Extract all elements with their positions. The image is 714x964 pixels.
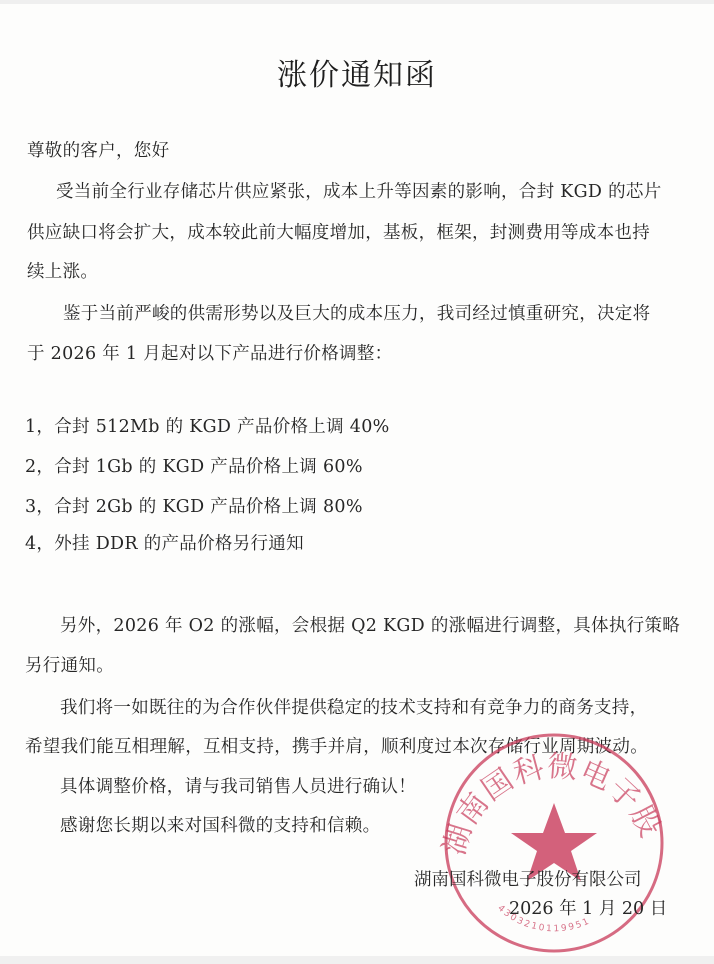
paragraph-3-line-1: 另外，2026 年 O2 的涨幅，会根据 Q2 KGD 的涨幅进行调整，具体执行… [60,612,680,637]
list-item: 3，合封 2Gb 的 KGD 产品价格上调 80% [25,493,363,518]
paragraph-5: 具体调整价格，请与我司销售人员进行确认！ [60,773,416,798]
list-item: 2，合封 1Gb 的 KGD 产品价格上调 60% [25,453,363,478]
paragraph-6: 感谢您长期以来对国科微的支持和信赖。 [60,812,380,837]
greeting: 尊敬的客户，您好 [27,137,169,162]
paragraph-4-line-1: 我们将一如既往的为合作伙伴提供稳定的技术支持和有竞争力的商务支持， [60,694,647,719]
list-item: 4，外挂 DDR 的产品价格另行通知 [25,530,304,555]
paragraph-3-line-2: 另行通知。 [25,652,114,677]
top-edge [0,0,714,4]
paragraph-1-line-2: 供应缺口将会扩大，成本较此前大幅度增加，基板，框架，封测费用等成本也持 [27,219,650,244]
paragraph-2-line-2: 于 2026 年 1 月起对以下产品进行价格调整： [27,340,392,365]
signature-company: 湖南国科微电子股份有限公司 [414,866,642,891]
list-item: 1，合封 512Mb 的 KGD 产品价格上调 40% [25,413,390,438]
seal-star-icon: 湖南国科微电子股份有限公司 4303210119951 [434,725,674,961]
document-title: 涨价通知函 [0,50,714,94]
signature-date: 2026 年 1 月 20 日 [509,895,667,920]
paragraph-1-line-1: 受当前全行业存储芯片供应紧张，成本上升等因素的影响，合封 KGD 的芯片 [56,178,662,203]
company-seal: 湖南国科微电子股份有限公司 4303210119951 [434,725,674,961]
bottom-edge [0,956,714,964]
paragraph-1-line-3: 续上涨。 [27,258,98,283]
paragraph-2-line-1: 鉴于当前严峻的供需形势以及巨大的成本压力，我司经过慎重研究，决定将 [63,300,650,325]
